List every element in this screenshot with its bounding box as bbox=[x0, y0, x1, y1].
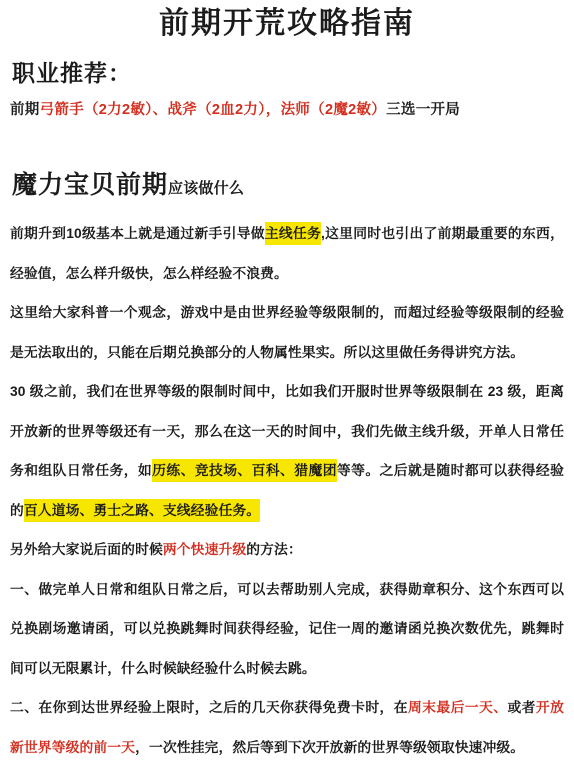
method-two-text-a: 二、在你到达世界经验上限时，之后的几天你获得免费卡时，在 bbox=[10, 700, 408, 715]
paragraph-main-quest: 前期升到10级基本上就是通过新手引导做主线任务,这里同时也引出了前期最重要的东西… bbox=[10, 214, 564, 293]
method-two-red-weekend: 周末最后一天、 bbox=[408, 700, 508, 715]
two-methods-text-b: 的方法： bbox=[246, 542, 302, 557]
paragraph-method-two: 二、在你到达世界经验上限时，之后的几天你获得免费卡时，在周末最后一天、或者开放新… bbox=[10, 688, 564, 767]
guide-heading-sub: 应该做什么 bbox=[168, 180, 244, 197]
page-title: 前期开荒攻略指南 bbox=[10, 6, 564, 42]
paragraph-world-level-concept: 这里给大家科普一个观念，游戏中是由世界经验等级限制的，而超过经验等级限制的经验是… bbox=[10, 293, 564, 372]
job-recommendation-line: 前期弓箭手（2力2敏）、战斧（2血2力），法师（2魔2敏）三选一开局 bbox=[10, 100, 564, 120]
jobs-section-heading: 职业推荐： bbox=[12, 59, 564, 87]
guide-document: 前期开荒攻略指南 职业推荐： 前期弓箭手（2力2敏）、战斧（2血2力），法师（2… bbox=[0, 0, 574, 767]
paragraph-method-one: 一、做完单人日常和组队日常之后，可以去帮助别人完成，获得勋章积分、这个东西可以兑… bbox=[10, 570, 564, 689]
two-methods-text-a: 另外给大家说后面的时候 bbox=[10, 542, 163, 557]
job-line-prefix: 前期 bbox=[10, 102, 40, 118]
method-two-text-b: 或者 bbox=[507, 700, 535, 715]
main-quest-text-a: 前期升到10级基本上就是通过新手引导做 bbox=[10, 226, 265, 241]
method-two-text-c: ，一次性挂完，然后等到下次开放新的世界等级领取快速冲级。 bbox=[135, 740, 524, 755]
guide-body: 前期升到10级基本上就是通过新手引导做主线任务,这里同时也引出了前期最重要的东西… bbox=[10, 214, 564, 767]
paragraph-two-methods-intro: 另外给大家说后面的时候两个快速升级的方法： bbox=[10, 530, 564, 570]
daily-plan-highlight-exp-tasks: 百人道场、勇士之路、支线经验任务。 bbox=[24, 499, 260, 522]
daily-plan-highlight-activities: 历练、竞技场、百科、猎魔团 bbox=[152, 459, 337, 482]
paragraph-daily-plan: 30 级之前，我们在世界等级的限制时间中，比如我们开服时世界等级限制在 23 级… bbox=[10, 372, 564, 530]
guide-heading-main: 魔力宝贝前期 bbox=[12, 171, 168, 199]
two-methods-red: 两个快速升级 bbox=[163, 542, 246, 557]
job-line-classes: 弓箭手（2力2敏）、战斧（2血2力），法师（2魔2敏） bbox=[40, 102, 386, 118]
job-line-suffix: 三选一开局 bbox=[386, 102, 460, 118]
guide-section-heading: 魔力宝贝前期应该做什么 bbox=[12, 170, 564, 204]
main-quest-highlight: 主线任务 bbox=[265, 222, 321, 245]
